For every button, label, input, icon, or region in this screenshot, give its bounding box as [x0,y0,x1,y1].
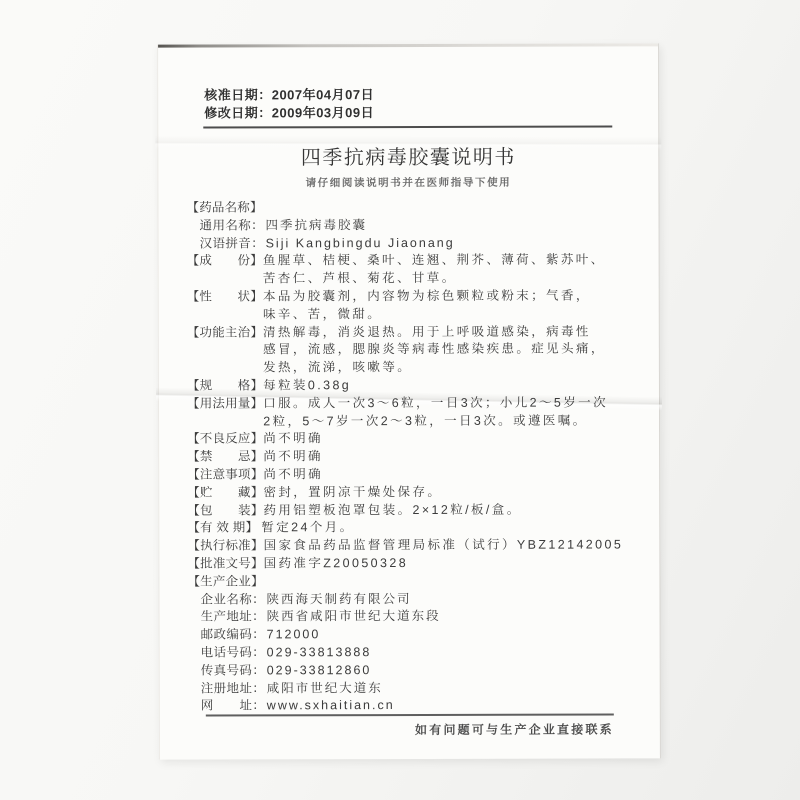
company-fax-row: 传真号码：029-33812860 [188,661,632,680]
row-contraindications: 【禁 忌】尚不明确 [187,448,631,467]
footer-note: 如有问题可与生产企业直接联系 [160,720,614,738]
approval-date-label: 核准日期： [204,87,272,102]
section-label: 【有 效 期】 [187,520,261,538]
section-label: 【包 装】 [187,502,263,520]
section-content: 四季抗病毒胶囊 [266,216,631,235]
section-content: 国药准字Z20050328 [264,554,630,573]
company-label: 企业名称： [200,591,266,609]
section-content: Siji Kangbingdu Jiaonang [266,234,631,253]
document-title: 四季抗病毒胶囊说明书 [158,140,658,170]
section-label: 【批准文号】 [187,555,263,573]
row-generic-name: 通用名称：四季抗病毒胶囊 [187,216,631,235]
row-specification: 【规 格】每粒装0.38g [187,376,631,395]
company-value: 陕西海天制药有限公司 [266,590,631,609]
revision-date-label: 修改日期： [204,105,272,120]
company-value: 029-33812860 [267,661,632,680]
section-label: 【执行标准】 [187,538,263,556]
row-storage: 【贮 藏】密封，置阴凉干燥处保存。 [187,483,631,502]
section-content: 鱼腥草、桔梗、桑叶、连翘、荆芥、薄荷、紫苏叶、 苦杏仁、芦根、菊花、甘草。 [263,252,629,289]
company-value: 029-33813888 [267,643,632,662]
row-properties: 【性 状】本品为胶囊剂，内容物为棕色颗粒或粉末；气香， 味辛、苦，微甜。 [187,287,631,324]
section-content: 尚不明确 [263,430,629,449]
section-content: 口服。成人一次3～6粒，一日3次；小儿2～5岁一次 2粒，5～7岁一次2～3粒，… [263,394,629,431]
company-label: 电话号码： [201,644,267,662]
revision-date-row: 修改日期：2009年03月09日 [204,104,374,122]
approval-date-value: 2007年04月07日 [272,87,374,102]
section-label: 【生产企业】 [187,573,263,591]
section-label: 【禁 忌】 [187,449,263,467]
section-label: 【成 份】 [187,253,263,271]
company-label: 生产地址： [201,609,267,627]
company-registered-address-row: 注册地址：咸阳市世纪大道东 [188,679,632,698]
section-label: 【性 状】 [187,288,263,306]
leaflet-paper: 核准日期：2007年04月07日 修改日期：2009年03月09日 四季抗病毒胶… [157,43,661,759]
row-adverse-reactions: 【不良反应】尚不明确 [187,430,631,449]
section-content: 每粒装0.38g [263,376,629,395]
sections-block: 【药品名称】 通用名称：四季抗病毒胶囊 汉语拼音：Siji Kangbingdu… [186,198,631,715]
section-label: 【规 格】 [187,377,263,395]
row-approval-number: 【批准文号】国药准字Z20050328 [187,554,631,573]
section-content: 密封，置阴凉干燥处保存。 [263,483,629,502]
row-pinyin: 汉语拼音：Siji Kangbingdu Jiaonang [187,234,631,253]
date-block: 核准日期：2007年04月07日 修改日期：2009年03月09日 [204,86,374,122]
section-content: 尚不明确 [263,448,629,467]
row-drug-name: 【药品名称】 [186,198,630,217]
company-label: 传真号码： [201,662,267,680]
row-precautions: 【注意事项】尚不明确 [187,465,631,484]
footer-rule [206,713,614,716]
company-value: 712000 [267,626,632,645]
row-manufacturer-header: 【生产企业】 [187,572,631,591]
section-label: 汉语拼音： [200,235,266,253]
company-label: 注册地址： [201,680,267,698]
section-label: 【贮 藏】 [187,484,263,502]
section-content: 本品为胶囊剂，内容物为棕色颗粒或粉末；气香， 味辛、苦，微甜。 [263,287,629,324]
row-executive-standard: 【执行标准】国家食品药品监督管理局标准（试行）YBZ12142005 [187,537,631,556]
company-postal-code-row: 邮政编码：712000 [188,626,632,645]
revision-date-value: 2009年03月09日 [272,105,374,120]
approval-date-row: 核准日期：2007年04月07日 [204,86,374,104]
section-label: 【功能主治】 [187,324,263,342]
row-dosage: 【用法用量】口服。成人一次3～6粒，一日3次；小儿2～5岁一次 2粒，5～7岁一… [187,394,631,431]
section-content: 国家食品药品监督管理局标准（试行）YBZ12142005 [264,537,630,556]
row-ingredients: 【成 份】鱼腥草、桔梗、桑叶、连翘、荆芥、薄荷、紫苏叶、 苦杏仁、芦根、菊花、甘… [187,252,631,289]
company-label: 邮政编码： [201,626,267,644]
company-phone-row: 电话号码：029-33813888 [188,643,632,662]
section-content [263,198,629,199]
row-packaging: 【包 装】药用铝塑板泡罩包装。2×12粒/板/盒。 [187,501,631,520]
document-subtitle: 请仔细阅读说明书并在医师指导下使用 [158,174,658,190]
section-content: 药用铝塑板泡罩包装。2×12粒/板/盒。 [263,501,629,520]
paper-top-edge [158,43,658,47]
section-content: 尚不明确 [263,465,629,484]
section-label: 【不良反应】 [187,431,263,449]
section-label: 【注意事项】 [187,466,263,484]
company-name-row: 企业名称：陕西海天制药有限公司 [187,590,631,609]
section-content: 清热解毒，消炎退热。用于上呼吸道感染，病毒性 感冒，流感，腮腺炎等病毒性感染疾患… [263,323,629,377]
row-validity-period: 【有 效 期】暂定24个月。 [187,519,631,538]
header-rule [203,125,612,128]
company-production-address-row: 生产地址：陕西省咸阳市世纪大道东段 [188,608,632,627]
company-label: 网 址： [201,698,267,716]
section-label: 通用名称： [200,217,266,235]
section-label: 【药品名称】 [186,199,262,217]
company-value: 咸阳市世纪大道东 [267,679,632,698]
company-value: 陕西省咸阳市世纪大道东段 [267,608,632,627]
section-label: 【用法用量】 [187,395,263,413]
row-functions-indications: 【功能主治】清热解毒，消炎退热。用于上呼吸道感染，病毒性 感冒，流感，腮腺炎等病… [187,323,631,378]
section-content: 暂定24个月。 [261,519,627,538]
